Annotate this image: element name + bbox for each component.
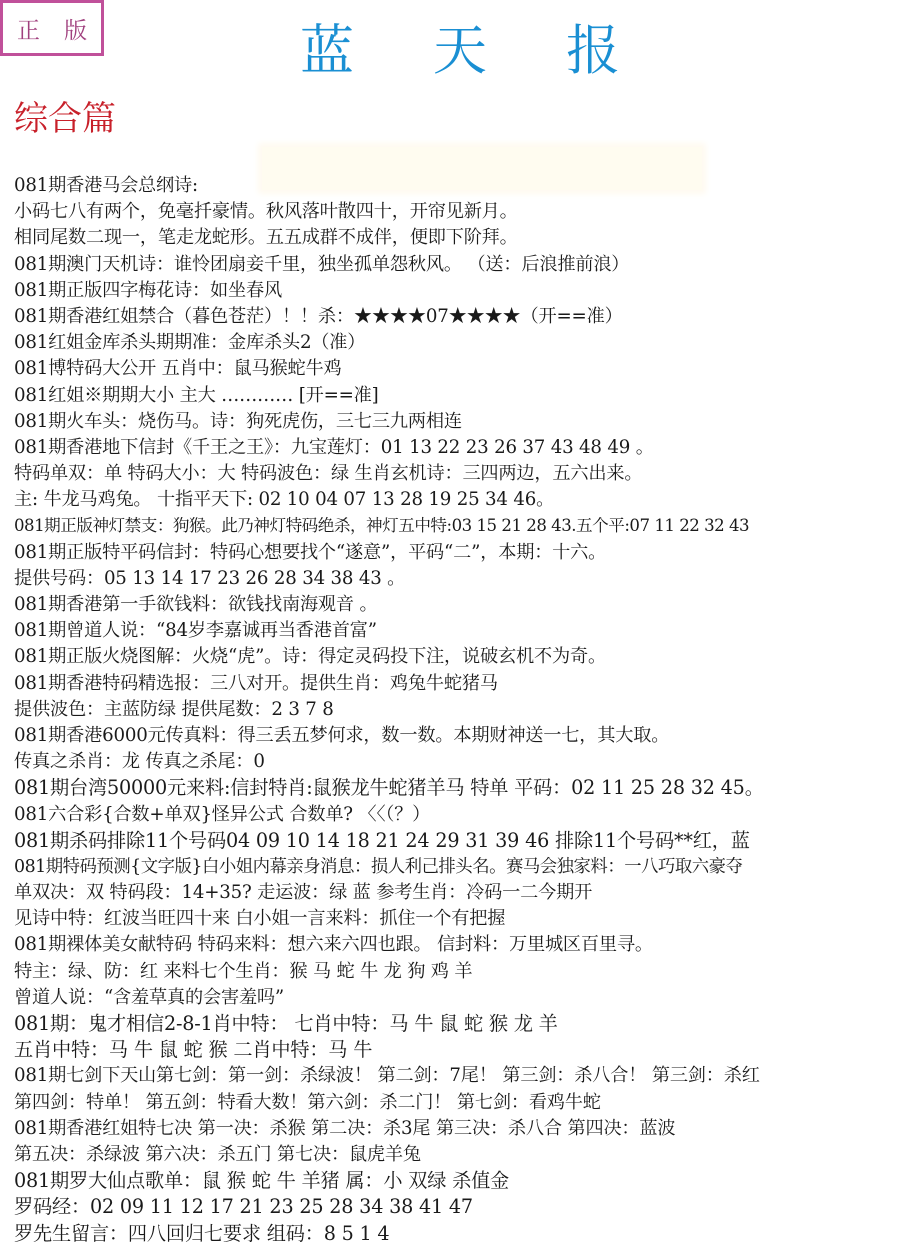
text-line: 081博特码大公开 五肖中：鼠马猴蛇牛鸡 (14, 356, 898, 382)
text-line: 五肖中特：马 牛 鼠 蛇 猴 二肖中特：马 牛 (14, 1037, 898, 1063)
text-line: 081期杀码排除11个号码04 09 10 14 18 21 24 29 31 … (14, 828, 898, 854)
text-line: 081期曾道人说：“84岁李嘉诚再当香港首富” (14, 618, 898, 644)
text-line: 小码七八有两个，免毫扦豪情。秋风落叶散四十，开帘见新月。 (14, 199, 898, 225)
text-line: 081红姐※期期大小 主大 ………… [开==准] (14, 383, 898, 409)
text-line: 曾道人说：“含羞草真的会害羞吗” (14, 985, 898, 1011)
text-line: 主: 牛龙马鸡兔。 十指平天下: 02 10 04 07 13 28 19 25… (14, 487, 898, 513)
text-line: 081红姐金库杀头期期准：金库杀头2（准） (14, 330, 898, 356)
text-line: 081期火车头：烧伤马。诗：狗死虎伤，三七三九两相连 (14, 409, 898, 435)
text-line: 罗先生留言：四八回归七要求 组码：8 5 1 4 (14, 1221, 898, 1243)
text-line: 081期香港红姐禁合（暮色苍茫）！！杀：★★★★07★★★★（开==准） (14, 304, 898, 330)
text-line: 罗码经：02 09 11 12 17 21 23 25 28 34 38 41 … (14, 1194, 898, 1220)
text-line: 081期香港红姐特七决 第一决：杀猴 第二决：杀3尾 第三决：杀八合 第四决：蓝… (14, 1116, 898, 1142)
text-line: 081期：鬼才相信2-8-1肖中特： 七肖中特：马 牛 鼠 蛇 猴 龙 羊 (14, 1011, 898, 1037)
text-line: 第四剑：特单！ 第五剑：特看大数！第六剑：杀二门！ 第七剑：看鸡牛蛇 (14, 1090, 898, 1116)
content-body: 081期香港马会总纲诗: 小码七八有两个，免毫扦豪情。秋风落叶散四十，开帘见新月… (14, 173, 898, 1243)
text-line: 特码单双：单 特码大小：大 特码波色：绿 生肖玄机诗：三四两边，五六出来。 (14, 461, 898, 487)
text-line: 提供波色：主蓝防绿 提供尾数：2 3 7 8 (14, 697, 898, 723)
text-line: 081期香港第一手欲钱料：欲钱找南海观音 。 (14, 592, 898, 618)
masthead-char: 蓝 (300, 18, 354, 84)
text-line: 081期罗大仙点歌单：鼠 猴 蛇 牛 羊猪 属：小 双绿 杀值金 (14, 1168, 898, 1194)
text-line: 特主：绿、防：红 来料七个生肖：猴 马 蛇 牛 龙 狗 鸡 羊 (14, 959, 898, 985)
text-line: 提供号码：05 13 14 17 23 26 28 34 38 43 。 (14, 566, 898, 592)
text-line: 第五决：杀绿波 第六决：杀五门 第七决：鼠虎羊兔 (14, 1142, 898, 1168)
section-title: 综合篇 (14, 96, 116, 142)
text-line: 081期香港特码精选报：三八对开。提供生肖：鸡兔牛蛇猪马 (14, 671, 898, 697)
text-line: 传真之杀肖：龙 传真之杀尾：0 (14, 749, 898, 775)
masthead-char: 天 (433, 18, 487, 84)
text-line: 081期正版四字梅花诗：如坐春风 (14, 278, 898, 304)
text-line: 见诗中特：红波当旺四十来 白小姐一言来料：抓住一个有把握 (14, 906, 898, 932)
badge-left-char: 正 (17, 12, 40, 45)
text-line: 081期澳门天机诗：谁怜团扇妾千里，独坐孤单怨秋风。 （送：后浪推前浪） (14, 252, 898, 278)
text-line: 081期台湾50000元来料:信封特肖:鼠猴龙牛蛇猪羊马 特单 平码：02 11… (14, 775, 898, 801)
text-line: 081期香港地下信封《千王之王》：九宝莲灯：01 13 22 23 26 37 … (14, 435, 898, 461)
text-line: 081期裸体美女献特码 特码来料：想六来六四也跟。 信封料：万里城区百里寻。 (14, 932, 898, 958)
edition-badge: 正 版 (0, 0, 104, 56)
masthead-title: 蓝 天 报 (300, 18, 620, 84)
text-line: 081期香港马会总纲诗: (14, 173, 898, 199)
text-line: 081期特码预测{文字版}白小姐内幕亲身消息：损人利己排头名。赛马会独家料：一八… (14, 854, 898, 880)
masthead-char: 报 (566, 18, 620, 84)
text-line: 081期正版火烧图解：火烧“虎”。诗：得定灵码投下注，说破玄机不为奇。 (14, 644, 898, 670)
badge-right-char: 版 (64, 12, 87, 45)
text-line: 单双决：双 特码段：14+35? 走运波：绿 蓝 参考生肖：冷码一二今期开 (14, 880, 898, 906)
text-line: 081期七剑下天山第七剑：第一剑：杀绿波！ 第二剑：7尾！ 第三剑：杀八合！ 第… (14, 1063, 898, 1089)
text-line: 081期香港6000元传真料：得三丢五梦何求，数一数。本期财神送一七，其大取。 (14, 723, 898, 749)
text-line: 081六合彩{合数+单双}怪异公式 合数单? 〈〈（？） (14, 802, 898, 828)
text-line: 相同尾数二现一，笔走龙蛇形。五五成群不成伴，便即下阶拜。 (14, 225, 898, 251)
text-line: 081期正版特平码信封：特码心想要找个“遂意”，平码“二”，本期：十六。 (14, 540, 898, 566)
text-line: 081期正版神灯禁支：狗猴。此乃神灯特码绝杀，神灯五中特:03 15 21 28… (14, 513, 898, 539)
